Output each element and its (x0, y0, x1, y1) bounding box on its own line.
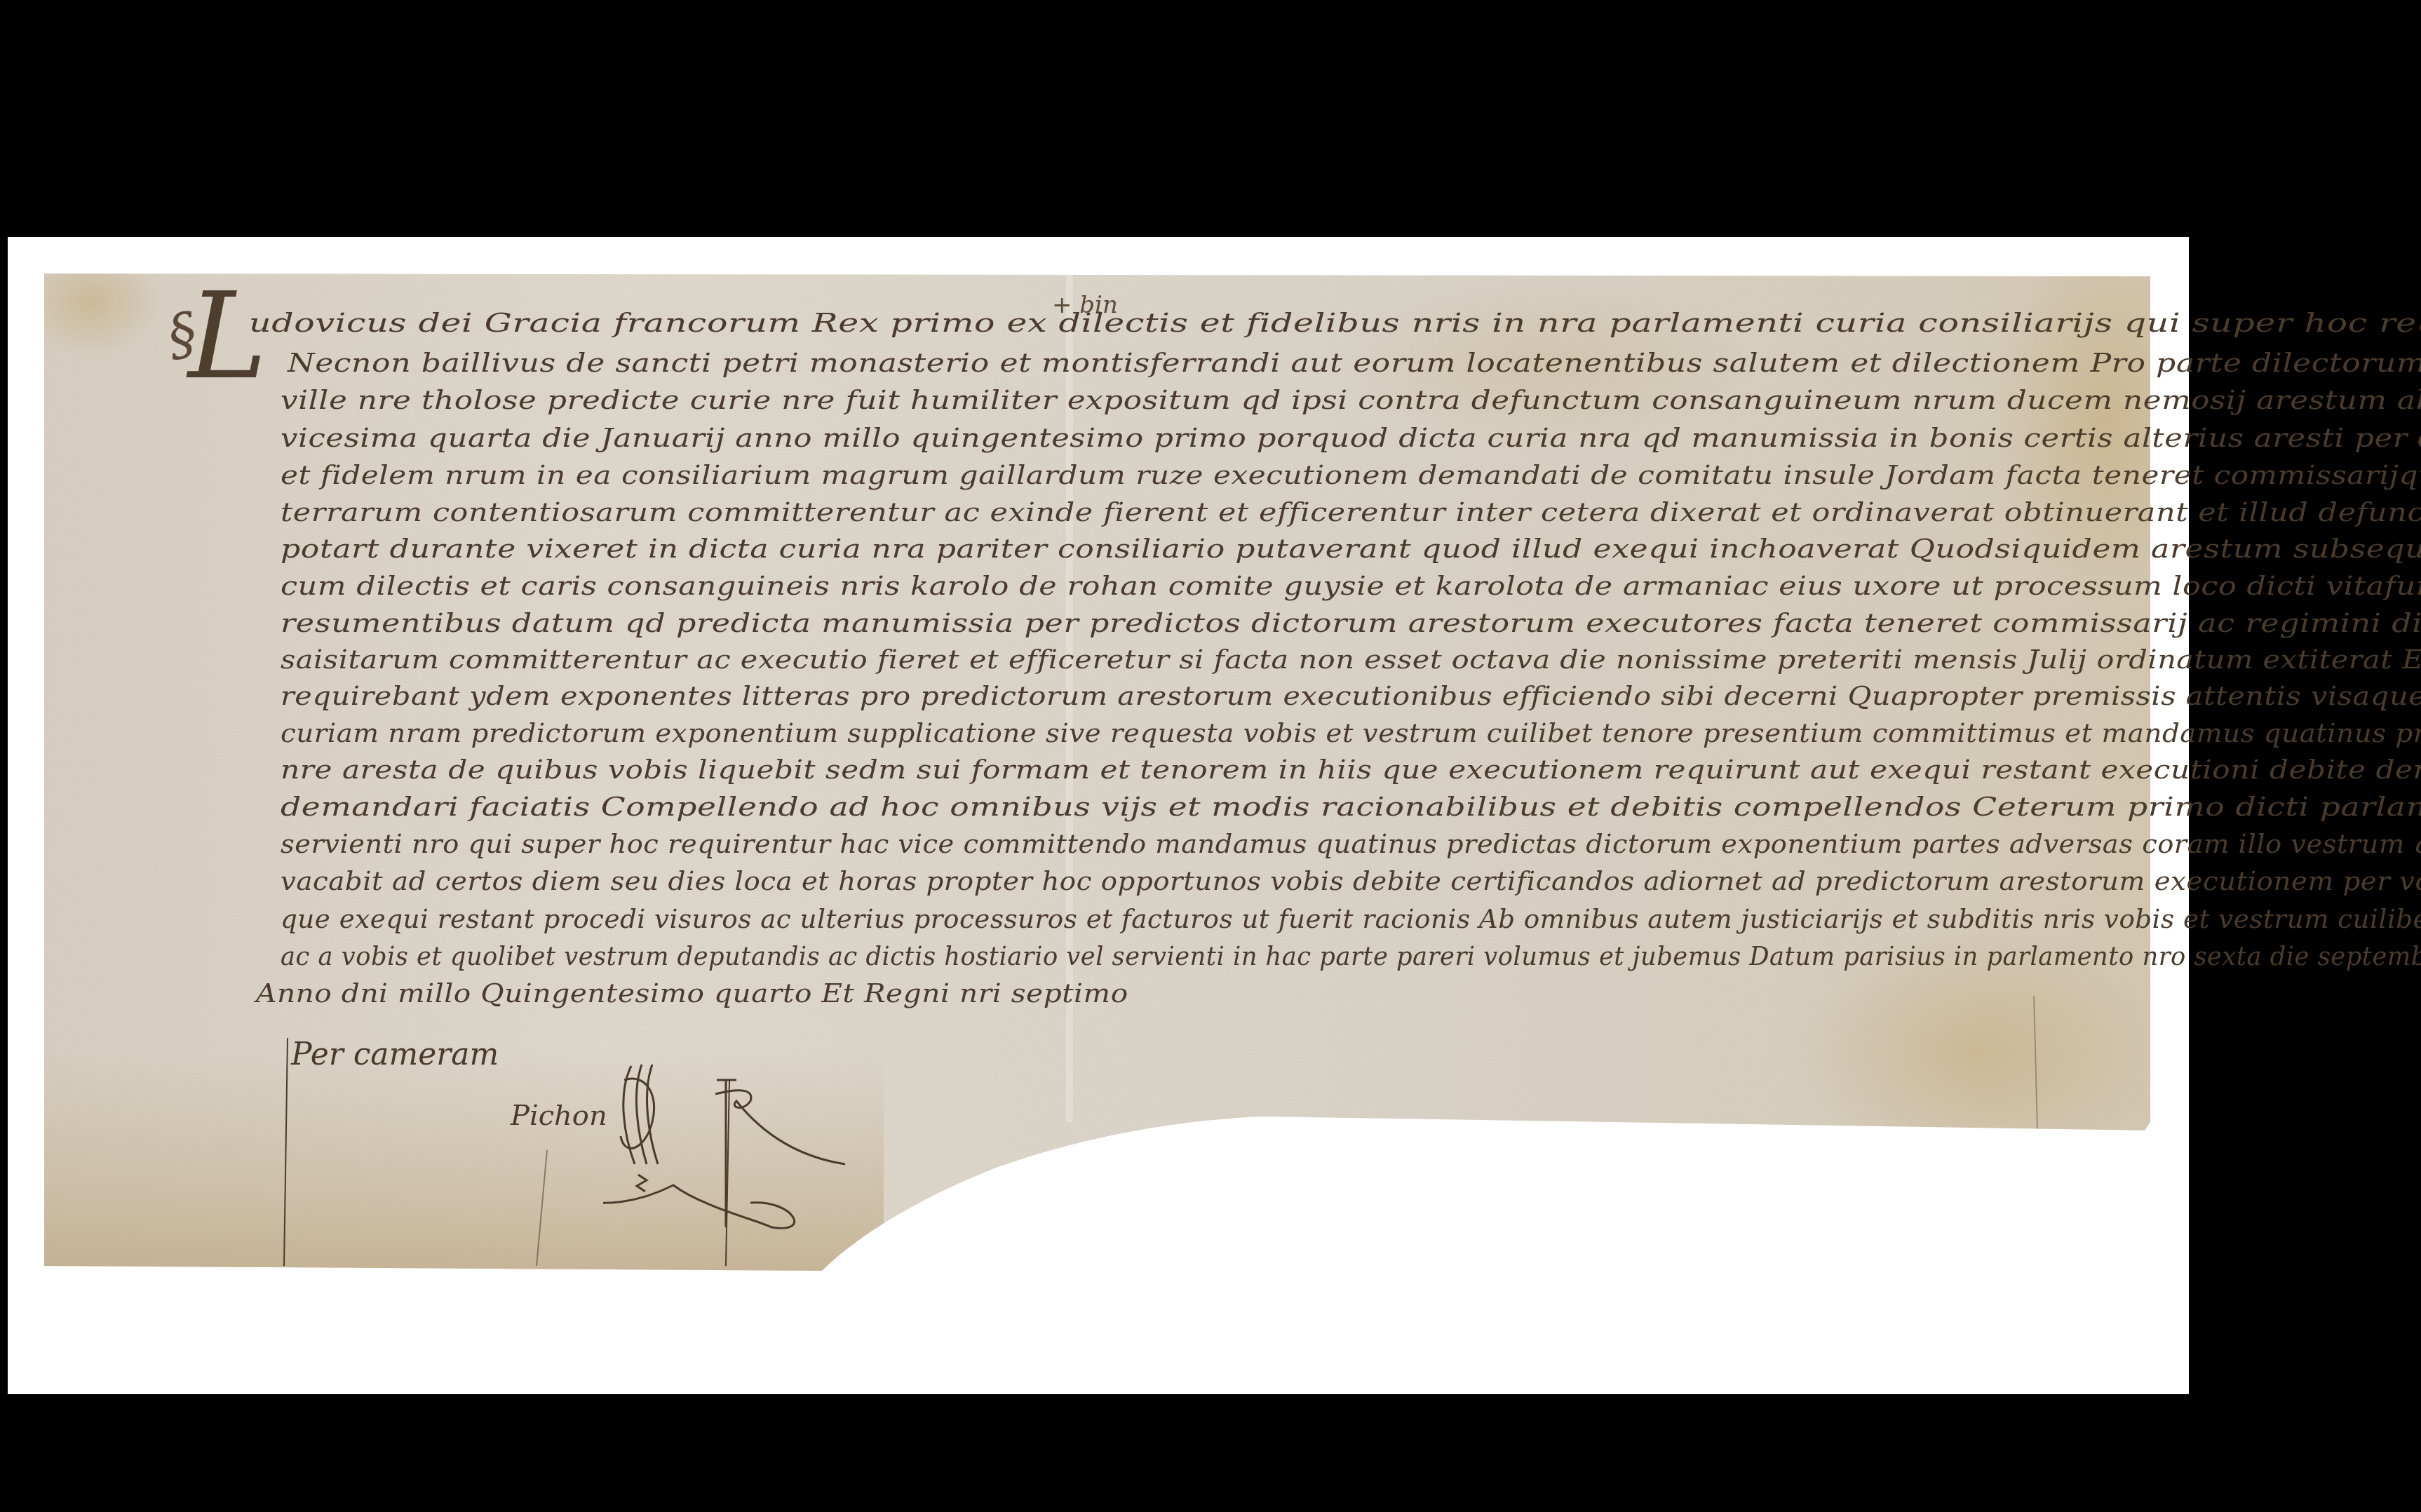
parchment-sheet (0, 0, 2421, 1512)
